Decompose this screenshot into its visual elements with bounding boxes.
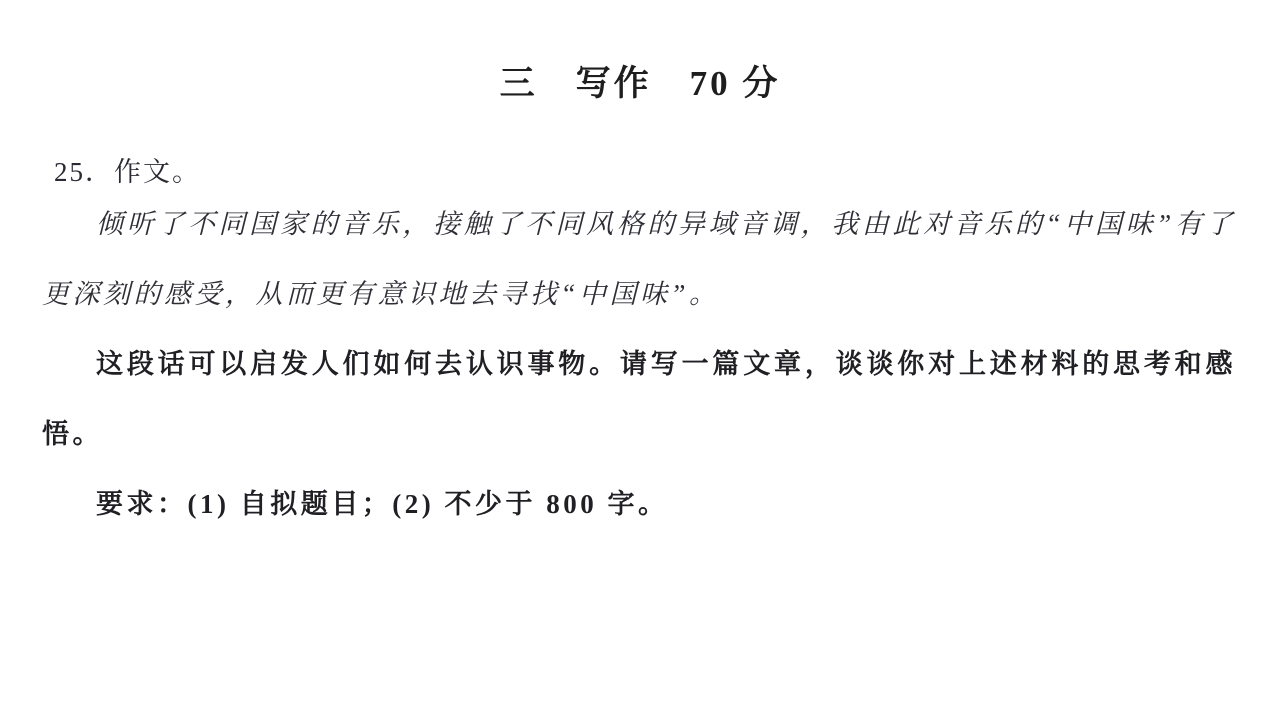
section-title: 三 写作 70 分 xyxy=(0,0,1280,106)
exam-page: 三 写作 70 分 25．作文。 倾听了不同国家的音乐，接触了不同风格的异域音调… xyxy=(0,0,1280,725)
question-number: 25．作文。 xyxy=(54,150,1280,189)
prompt-paragraph: 这段话可以启发人们如何去认识事物。请写一篇文章，谈谈你对上述材料的思考和感悟。 xyxy=(42,329,1236,469)
question-body: 倾听了不同国家的音乐，接触了不同风格的异域音调，我由此对音乐的“中国味”有了更深… xyxy=(42,189,1236,539)
material-paragraph: 倾听了不同国家的音乐，接触了不同风格的异域音调，我由此对音乐的“中国味”有了更深… xyxy=(42,189,1236,329)
requirements-line: 要求：(1) 自拟题目；(2) 不少于 800 字。 xyxy=(42,469,1236,539)
